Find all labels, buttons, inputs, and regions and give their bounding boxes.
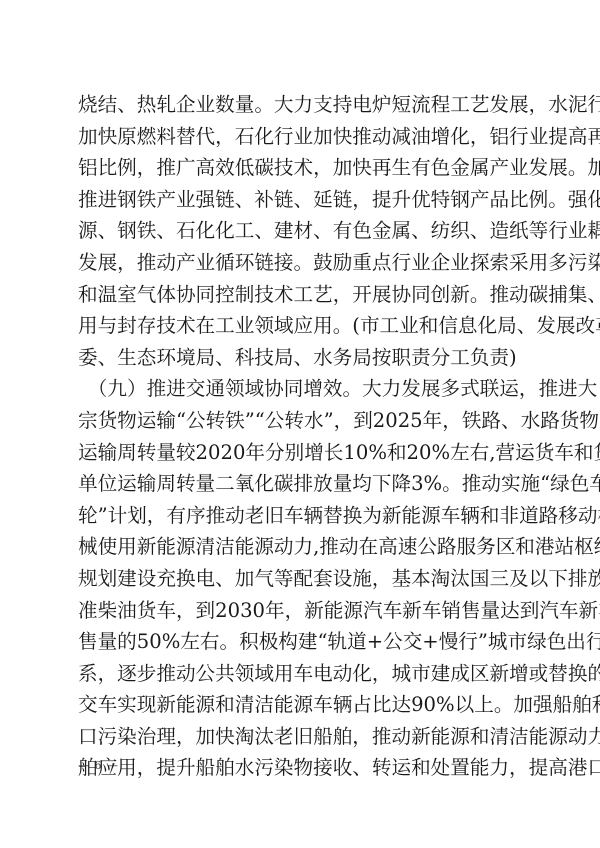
text-line: 宗货物运输“公转铁”“公转水”，到2025年，铁路、水路货物 [78,409,522,441]
page-number: — 6 — [78,759,119,772]
text-line: 舶应用，提升船舶水污染物接收、转运和处置能力，提高港口、 [78,756,522,788]
text-line: 发展，推动产业循环链接。鼓励重点行业企业探索采用多污染物 [78,251,522,283]
document-page: 烧结、热轧企业数量。大力支持电炉短流程工艺发展，水泥行业 加快原燃料替代，石化行… [0,0,600,848]
text-line: 运输周转量较2020年分别增长10%和20%左右,营运货车和货船 [78,441,522,473]
text-line: 口污染治理，加快淘汰老旧船舶，推动新能源和清洁能源动力船 [78,725,522,757]
text-line: 售量的50%左右。积极构建“轨道+公交+慢行”城市绿色出行体 [78,630,522,662]
text-line: 铝比例，推广高效低碳技术，加快再生有色金属产业发展。加快 [78,156,522,188]
text-line: 准柴油货车，到2030年，新能源汽车新车销售量达到汽车新车销 [78,599,522,631]
text-line: 委、生态环境局、科技局、水务局按职责分工负责) [78,346,522,378]
text-line: 源、钢铁、石化化工、建材、有色金属、纺织、造纸等行业耦合 [78,219,522,251]
section-heading-line: （九）推进交通领域协同增效。大力发展多式联运，推进大 [78,377,522,409]
text-line: 用与封存技术在工业领域应用。(市工业和信息化局、发展改革 [78,314,522,346]
text-line: 交车实现新能源和清洁能源车辆占比达90%以上。加强船舶和港 [78,693,522,725]
text-line: 规划建设充换电、加气等配套设施，基本淘汰国三及以下排放标 [78,567,522,599]
text-line: 推进钢铁产业强链、补链、延链，提升优特钢产品比例。强化能 [78,188,522,220]
text-line: 烧结、热轧企业数量。大力支持电炉短流程工艺发展，水泥行业 [78,93,522,125]
text-line: 轮”计划，有序推动老旧车辆替换为新能源车辆和非道路移动机 [78,504,522,536]
text-line: 系，逐步推动公共领域用车电动化，城市建成区新增或替换的公 [78,662,522,694]
text-line: 加快原燃料替代，石化行业加快推动减油增化，铝行业提高再生 [78,125,522,157]
body-text: 烧结、热轧企业数量。大力支持电炉短流程工艺发展，水泥行业 加快原燃料替代，石化行… [78,93,522,788]
text-line: 械使用新能源清洁能源动力,推动在高速公路服务区和港站枢纽 [78,535,522,567]
text-line: 和温室气体协同控制技术工艺，开展协同创新。推动碳捕集、利 [78,283,522,315]
text-line: 单位运输周转量二氧化碳排放量均下降3%。推动实施“绿色车 [78,472,522,504]
